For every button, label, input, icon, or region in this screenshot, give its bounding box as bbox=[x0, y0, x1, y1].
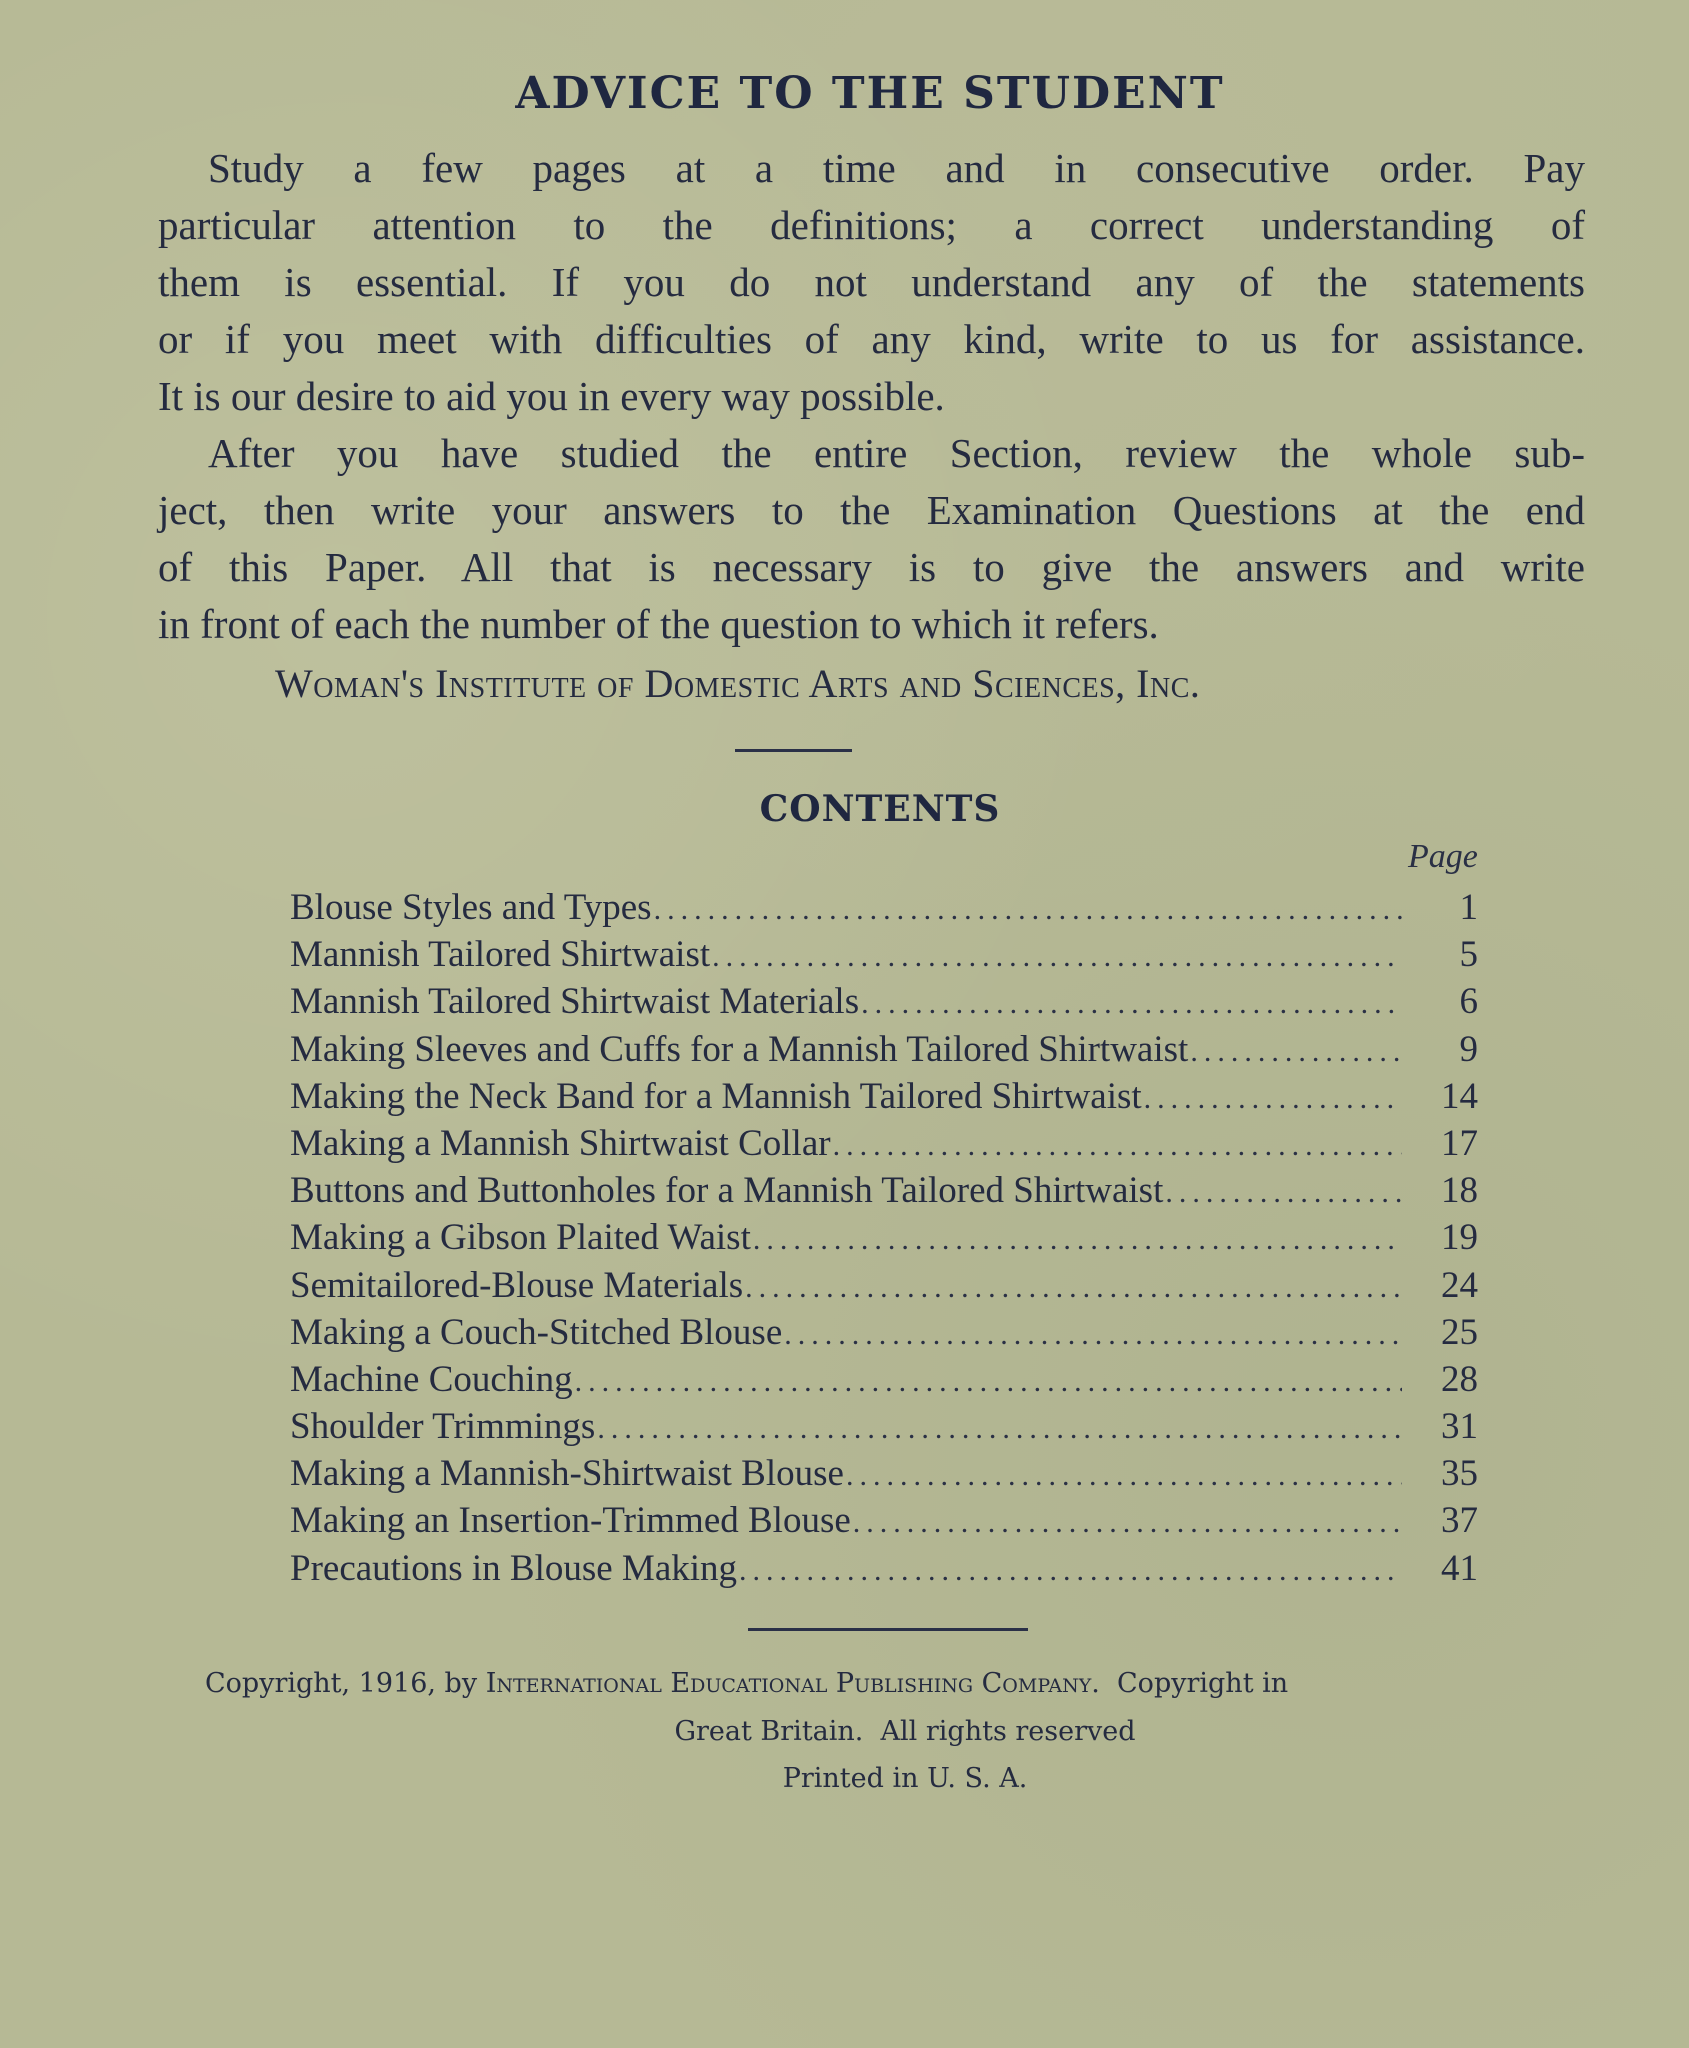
toc-entry[interactable]: Making the Neck Band for a Mannish Tailo… bbox=[290, 1075, 1490, 1122]
toc-entry[interactable]: Semitailored-Blouse Materials24 bbox=[290, 1264, 1490, 1311]
toc-entry-page: 19 bbox=[1408, 1216, 1490, 1259]
leader-dots bbox=[575, 1365, 1402, 1399]
leader-dots bbox=[753, 1223, 1402, 1257]
toc-entry-page: 17 bbox=[1408, 1122, 1490, 1165]
leader-dots bbox=[712, 940, 1402, 974]
toc-entry-label: Machine Couching bbox=[290, 1358, 573, 1401]
toc-entry-label: Mannish Tailored Shirtwaist Materials bbox=[290, 980, 859, 1023]
divider-rule bbox=[748, 1628, 1028, 1631]
printed-in-line: Printed in U. S. A. bbox=[0, 1763, 1689, 1794]
toc-entry-label: Shoulder Trimmings bbox=[290, 1405, 595, 1448]
leader-dots bbox=[597, 1412, 1402, 1446]
copyright-suffix: Copyright in bbox=[1100, 1668, 1288, 1699]
leader-dots bbox=[853, 1506, 1402, 1540]
leader-dots bbox=[1144, 1082, 1402, 1116]
paragraph-line: It is our desire to aid you in every way… bbox=[158, 368, 1585, 425]
copyright-line-2: Great Britain. All rights reserved bbox=[0, 1716, 1689, 1747]
leader-dots bbox=[833, 1129, 1402, 1163]
toc-entry-label: Precautions in Blouse Making bbox=[290, 1547, 737, 1590]
divider-rule bbox=[735, 749, 852, 752]
toc-entry-page: 41 bbox=[1408, 1547, 1490, 1590]
toc-entry-label: Making Sleeves and Cuffs for a Mannish T… bbox=[290, 1028, 1188, 1071]
toc-entry-page: 25 bbox=[1408, 1311, 1490, 1354]
advice-title: ADVICE TO THE STUDENT bbox=[0, 68, 1689, 119]
table-of-contents: Blouse Styles and Types1 Mannish Tailore… bbox=[290, 886, 1490, 1594]
leader-dots bbox=[1190, 1035, 1402, 1069]
toc-entry-label: Making an Insertion-Trimmed Blouse bbox=[290, 1499, 851, 1542]
toc-entry-label: Making a Mannish Shirtwaist Collar bbox=[290, 1122, 831, 1165]
leader-dots bbox=[739, 1554, 1402, 1588]
toc-entry-label: Mannish Tailored Shirtwaist bbox=[290, 933, 710, 976]
paragraph-line: or if you meet with difficulties of any … bbox=[158, 311, 1585, 368]
paragraph-line: particular attention to the definitions;… bbox=[158, 197, 1585, 254]
toc-entry-label: Making a Couch-Stitched Blouse bbox=[290, 1311, 782, 1354]
toc-entry-page: 18 bbox=[1408, 1169, 1490, 1212]
toc-entry-page: 28 bbox=[1408, 1358, 1490, 1401]
copyright-prefix: Copyright, 1916, by bbox=[205, 1668, 486, 1699]
toc-entry[interactable]: Precautions in Blouse Making41 bbox=[290, 1547, 1490, 1594]
leader-dots bbox=[861, 987, 1402, 1021]
toc-entry[interactable]: Making a Mannish-Shirtwaist Blouse35 bbox=[290, 1452, 1490, 1499]
toc-entry-page: 24 bbox=[1408, 1264, 1490, 1307]
toc-entry[interactable]: Shoulder Trimmings31 bbox=[290, 1405, 1490, 1452]
leader-dots bbox=[784, 1318, 1402, 1352]
toc-entry[interactable]: Making a Gibson Plaited Waist19 bbox=[290, 1216, 1490, 1263]
paragraph-line: After you have studied the entire Sectio… bbox=[158, 425, 1585, 482]
toc-entry-page: 1 bbox=[1408, 886, 1490, 929]
toc-entry[interactable]: Making Sleeves and Cuffs for a Mannish T… bbox=[290, 1028, 1490, 1075]
paragraph-line: them is essential. If you do not underst… bbox=[158, 254, 1585, 311]
copyright-line-1: Copyright, 1916, by International Educat… bbox=[205, 1668, 1570, 1699]
contents-title: CONTENTS bbox=[0, 788, 1689, 830]
toc-entry[interactable]: Making a Mannish Shirtwaist Collar17 bbox=[290, 1122, 1490, 1169]
leader-dots bbox=[1165, 1176, 1402, 1210]
toc-entry-page: 9 bbox=[1408, 1028, 1490, 1071]
toc-entry[interactable]: Mannish Tailored Shirtwaist Materials6 bbox=[290, 980, 1490, 1027]
toc-entry-label: Semitailored-Blouse Materials bbox=[290, 1264, 743, 1307]
toc-entry[interactable]: Making an Insertion-Trimmed Blouse37 bbox=[290, 1499, 1490, 1546]
toc-entry-label: Making a Gibson Plaited Waist bbox=[290, 1216, 751, 1259]
toc-entry[interactable]: Mannish Tailored Shirtwaist5 bbox=[290, 933, 1490, 980]
toc-entry-page: 6 bbox=[1408, 980, 1490, 1023]
toc-entry-label: Blouse Styles and Types bbox=[290, 886, 652, 929]
advice-paragraph-2: After you have studied the entire Sectio… bbox=[158, 425, 1585, 653]
page-column-header: Page bbox=[1408, 838, 1478, 876]
paragraph-line: in front of each the number of the quest… bbox=[158, 596, 1585, 653]
toc-entry[interactable]: Buttons and Buttonholes for a Mannish Ta… bbox=[290, 1169, 1490, 1216]
toc-entry-page: 5 bbox=[1408, 933, 1490, 976]
paragraph-line: ject, then write your answers to the Exa… bbox=[158, 482, 1585, 539]
advice-paragraph-1: Study a few pages at a time and in conse… bbox=[158, 140, 1585, 425]
toc-entry-label: Buttons and Buttonholes for a Mannish Ta… bbox=[290, 1169, 1163, 1212]
publisher-name: International Educational Publishing Com… bbox=[486, 1668, 1100, 1699]
toc-entry-label: Making the Neck Band for a Mannish Tailo… bbox=[290, 1075, 1142, 1118]
toc-entry[interactable]: Machine Couching28 bbox=[290, 1358, 1490, 1405]
toc-entry[interactable]: Blouse Styles and Types1 bbox=[290, 886, 1490, 933]
paragraph-line: Study a few pages at a time and in conse… bbox=[158, 140, 1585, 197]
toc-entry-page: 37 bbox=[1408, 1499, 1490, 1542]
toc-entry[interactable]: Making a Couch-Stitched Blouse25 bbox=[290, 1311, 1490, 1358]
leader-dots bbox=[654, 893, 1402, 927]
institute-signature: Woman's Institute of Domestic Arts and S… bbox=[275, 660, 1200, 707]
leader-dots bbox=[745, 1271, 1402, 1305]
toc-entry-page: 31 bbox=[1408, 1405, 1490, 1448]
paragraph-line: of this Paper. All that is necessary is … bbox=[158, 539, 1585, 596]
leader-dots bbox=[846, 1459, 1402, 1493]
toc-entry-page: 35 bbox=[1408, 1452, 1490, 1495]
toc-entry-label: Making a Mannish-Shirtwaist Blouse bbox=[290, 1452, 844, 1495]
toc-entry-page: 14 bbox=[1408, 1075, 1490, 1118]
